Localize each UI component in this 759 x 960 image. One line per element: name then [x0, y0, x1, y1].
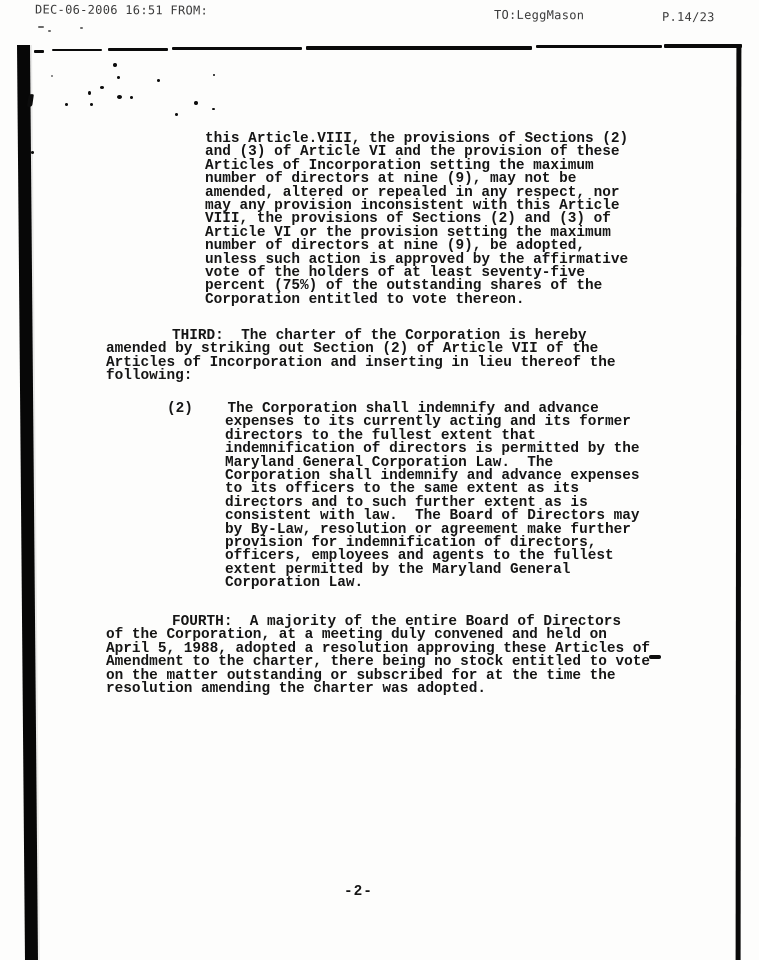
scanned-fax-page: DEC-06-2006 16:51 FROM: TO:LeggMason P.1…	[0, 0, 759, 960]
ink-speck	[117, 76, 120, 79]
ink-speck	[157, 79, 160, 82]
fax-datetime-from: DEC-06-2006 16:51 FROM:	[35, 2, 208, 17]
ink-speck	[31, 151, 34, 154]
fax-recipient: TO:LeggMason	[494, 8, 584, 23]
ink-speck	[80, 27, 83, 29]
ink-speck	[88, 91, 91, 95]
ink-speck	[100, 86, 104, 89]
ink-speck	[175, 113, 178, 116]
page-border-top-segment	[306, 46, 532, 50]
ink-speck	[65, 103, 68, 106]
ink-speck	[130, 96, 133, 99]
ink-speck	[51, 75, 53, 77]
page-border-top-segment	[536, 45, 662, 48]
paragraph-article-viii-quote: this Article.VIII, the provisions of Sec…	[205, 133, 628, 307]
paragraph-third: THIRD: The charter of the Corporation is…	[106, 330, 616, 384]
ink-speck	[194, 101, 198, 105]
page-border-top-segment	[108, 48, 168, 51]
page-border-right	[736, 44, 742, 960]
stray-dash-mark	[649, 655, 661, 659]
page-border-top-segment	[664, 44, 742, 48]
ink-squiggle	[27, 94, 34, 108]
page-border-left	[17, 45, 38, 960]
paragraph-item-2: (2) The Corporation shall indemnify and …	[167, 403, 640, 591]
ink-speck	[117, 95, 122, 99]
ink-speck	[213, 74, 215, 76]
ink-speck	[48, 30, 51, 32]
ink-speck	[113, 63, 117, 67]
ink-speck	[90, 103, 93, 106]
page-border-top-segment	[172, 47, 302, 50]
ink-speck	[38, 26, 44, 28]
page-number: -2-	[344, 886, 373, 899]
ink-speck	[212, 108, 215, 110]
page-border-top-segment	[34, 50, 44, 53]
fax-page-counter: P.14/23	[662, 10, 715, 24]
paragraph-fourth: FOURTH: A majority of the entire Board o…	[106, 616, 650, 696]
page-border-top-segment	[52, 49, 102, 51]
